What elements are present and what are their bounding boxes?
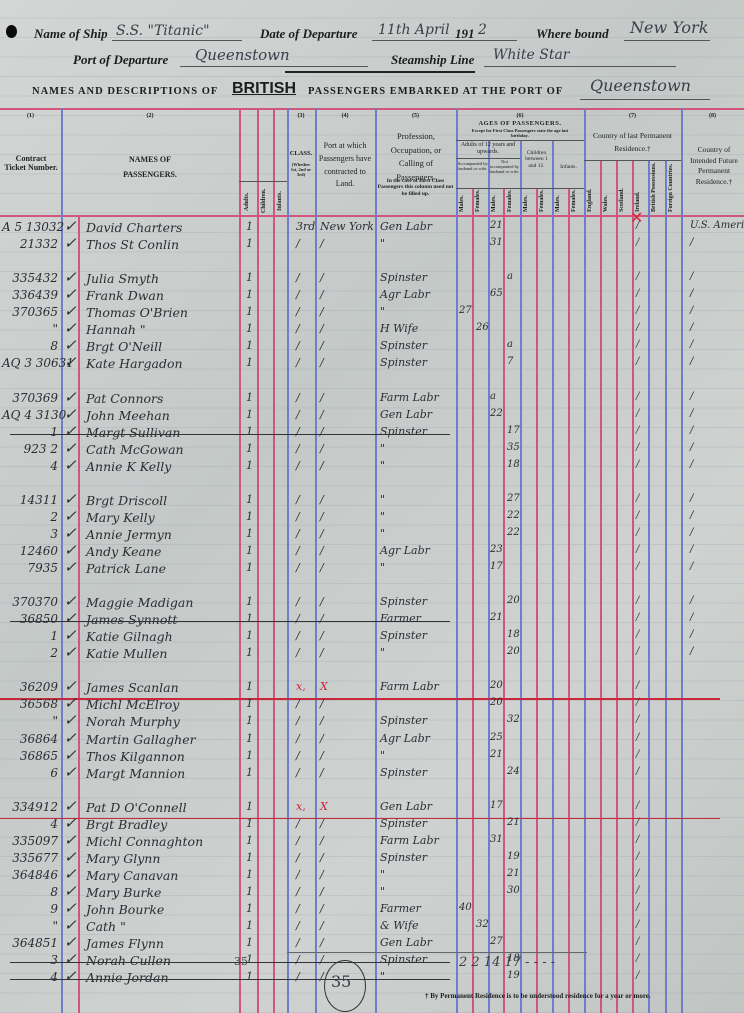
table-row: [0, 663, 744, 681]
age-female: 18: [507, 459, 520, 470]
total-adults: 35: [234, 955, 248, 968]
ticket-number: 36850: [2, 612, 58, 626]
table-row: 6✓Margt Mannion1//Spinster24/: [0, 766, 744, 784]
table-row: [0, 373, 744, 391]
ireland-mark: /: [636, 646, 639, 657]
ticket-number: 336439: [2, 288, 58, 302]
country-label: Scotland.: [619, 188, 625, 212]
line-underline: [484, 66, 676, 67]
age-male: 21: [490, 749, 503, 760]
check-mark-icon: ✓: [64, 899, 77, 917]
total-ages: 2 2 14 17 - - - -: [459, 955, 555, 970]
passenger-name: Thomas O'Brien: [86, 305, 188, 320]
future-residence: /: [690, 612, 693, 623]
profession: Farm Labr: [380, 834, 439, 847]
adult-count: 1: [246, 646, 253, 659]
ireland-mark: /: [636, 800, 639, 811]
ireland-mark: /: [636, 834, 639, 845]
ticket-number: ": [2, 919, 58, 933]
ireland-mark: /: [636, 902, 639, 913]
class-value: /: [296, 305, 300, 318]
passenger-name: Michl McElroy: [86, 697, 179, 712]
strike-through: [10, 979, 450, 980]
future-residence: /: [690, 510, 693, 521]
class-value: /: [296, 851, 300, 864]
class-value: /: [296, 237, 300, 250]
profession: Farmer: [380, 612, 421, 625]
table-row: 36864✓Martin Gallagher1//Agr Labr25/: [0, 732, 744, 750]
profession: ": [380, 885, 385, 898]
table-row: "✓Hannah "1//H Wife26//: [0, 322, 744, 340]
check-mark-icon: ✓: [64, 456, 77, 474]
sub-infants: Infants.: [277, 191, 283, 211]
passenger-name: Hannah ": [86, 322, 146, 337]
ticket-number: 3: [2, 953, 58, 967]
table-row: 36865✓Thos Kilgannon1//"21/: [0, 749, 744, 767]
check-mark-icon: ✓: [64, 524, 77, 542]
adult-count: 1: [246, 356, 253, 369]
profession: ": [380, 561, 385, 574]
ireland-mark: /: [636, 970, 639, 981]
passenger-name: Annie Jordan: [86, 970, 169, 985]
profession: Gen Labr: [380, 936, 432, 949]
title-port: Queenstown: [590, 76, 691, 95]
passenger-name: Patrick Lane: [86, 561, 166, 576]
age-female: 35: [507, 442, 520, 453]
table-row: 334912✓Pat D O'Connell1x,XGen Labr17/: [0, 800, 744, 818]
class-value: /: [296, 919, 300, 932]
table-row: 14311✓Brgt Driscoll1//"27//: [0, 493, 744, 511]
port-of-landing: /: [320, 391, 324, 404]
ticket-number: 370370: [2, 595, 58, 609]
table-row: [0, 476, 744, 494]
males-label: Males.: [491, 195, 497, 212]
passenger-name: James Flynn: [86, 936, 164, 951]
table-row: 1✓Katie Gilnagh1//Spinster18//: [0, 629, 744, 647]
profession: Spinster: [380, 851, 427, 864]
port-of-landing: /: [320, 766, 324, 779]
females-label: Females.: [571, 190, 577, 213]
port-of-landing: /: [320, 408, 324, 421]
class-value: /: [296, 322, 300, 335]
class-value: /: [296, 749, 300, 762]
age-female: 7: [507, 356, 513, 367]
adult-count: 1: [246, 493, 253, 506]
males-label: Males.: [459, 195, 465, 212]
class-value: /: [296, 885, 300, 898]
port-of-landing: /: [320, 544, 324, 557]
profession: Spinster: [380, 953, 427, 966]
ireland-mark: /: [636, 288, 639, 299]
passenger-name: Katie Gilnagh: [86, 629, 173, 644]
ireland-mark: /: [636, 817, 639, 828]
table-row: 364846✓Mary Canavan1//"21/: [0, 868, 744, 886]
profession: Spinster: [380, 356, 427, 369]
passenger-name: Brgt O'Neill: [86, 339, 162, 354]
class-value: /: [296, 442, 300, 455]
ticket-number: 1: [2, 425, 58, 439]
future-residence: /: [690, 595, 693, 606]
header-subrule: [456, 140, 584, 141]
age-male: 25: [490, 732, 503, 743]
class-value: /: [296, 970, 300, 983]
col3-number: (3): [287, 113, 315, 119]
adult-count: 1: [246, 271, 253, 284]
table-row: 3✓Annie Jermyn1//"22//: [0, 527, 744, 545]
port-of-landing: /: [320, 237, 324, 250]
punch-hole: [6, 25, 17, 38]
ticket-number: 1: [2, 629, 58, 643]
future-residence: /: [690, 425, 693, 436]
port-of-landing: /: [320, 970, 324, 983]
age-female-accompanied: 26: [476, 322, 489, 333]
future-residence: /: [690, 561, 693, 572]
adult-count: 1: [246, 510, 253, 523]
profession: Spinster: [380, 425, 427, 438]
date-label: Date of Departure: [260, 26, 358, 42]
line-value: White Star: [493, 47, 570, 63]
class-value: x,: [296, 800, 306, 813]
ticket-number: 9: [2, 902, 58, 916]
table-row: 370365✓Thomas O'Brien1//"27//: [0, 305, 744, 323]
adult-count: 1: [246, 442, 253, 455]
passenger-name: Cath ": [86, 919, 126, 934]
table-row: AQ 3 30631✓Kate Hargadon1//Spinster7//: [0, 356, 744, 374]
adult-count: 1: [246, 237, 253, 250]
class-value: /: [296, 425, 300, 438]
check-mark-icon: ✓: [64, 234, 77, 252]
passenger-name: Norah Murphy: [86, 714, 180, 729]
port-of-landing: /: [320, 714, 324, 727]
port-of-landing: /: [320, 732, 324, 745]
table-row: 7935✓Patrick Lane1//"17//: [0, 561, 744, 579]
bound-label: Where bound: [536, 26, 609, 42]
ticket-number: 7935: [2, 561, 58, 575]
age-female: 19: [507, 970, 520, 981]
passenger-name: David Charters: [86, 220, 182, 235]
port-of-landing: /: [320, 868, 324, 881]
adult-count: 1: [246, 868, 253, 881]
col2-header: NAMES OF PASSENGERS.: [110, 152, 190, 182]
port-of-landing: /: [320, 919, 324, 932]
port-of-landing: /: [320, 817, 324, 830]
adult-count: 1: [246, 970, 253, 983]
future-residence: /: [690, 271, 693, 282]
age-male-accompanied: 40: [459, 902, 472, 913]
ticket-number: 370365: [2, 305, 58, 319]
ticket-number: 335677: [2, 851, 58, 865]
adult-count: 1: [246, 322, 253, 335]
males-label: Males.: [555, 195, 561, 212]
check-mark-icon: ✓: [64, 797, 77, 815]
table-row: [0, 578, 744, 596]
adult-count: 1: [246, 834, 253, 847]
adult-count: 1: [246, 800, 253, 813]
class-value: /: [296, 493, 300, 506]
port-of-landing: /: [320, 305, 324, 318]
ticket-number: 335097: [2, 834, 58, 848]
table-row: 21332✓Thos St Conlin1//"31//: [0, 237, 744, 255]
table-top-rule: [0, 108, 744, 110]
class-value: /: [296, 510, 300, 523]
passenger-name: Pat Connors: [86, 391, 163, 406]
future-residence: /: [690, 629, 693, 640]
ireland-mark: /: [636, 714, 639, 725]
class-value: /: [296, 817, 300, 830]
future-residence: /: [690, 527, 693, 538]
ireland-mark: /: [636, 953, 639, 964]
profession: Agr Labr: [380, 544, 430, 557]
age-male: 23: [490, 544, 503, 555]
profession: Spinster: [380, 766, 427, 779]
col3-header: CLASS.: [287, 150, 315, 157]
passenger-name: Julia Smyth: [86, 271, 159, 286]
ticket-number: 4: [2, 817, 58, 831]
adult-count: 1: [246, 732, 253, 745]
class-value: /: [296, 339, 300, 352]
ticket-number: 36864: [2, 732, 58, 746]
class-value: /: [296, 697, 300, 710]
passenger-name: James Scanlan: [86, 680, 179, 695]
ireland-mark: /: [636, 629, 639, 640]
check-mark-icon: ✓: [64, 967, 77, 985]
passenger-name: Michl Connaghton: [86, 834, 203, 849]
age-female: 19: [507, 851, 520, 862]
check-mark-icon: ✓: [64, 643, 77, 661]
age-male: 65: [490, 288, 503, 299]
ticket-number: 36568: [2, 697, 58, 711]
adult-count: 1: [246, 288, 253, 301]
separator-rule: [285, 71, 475, 73]
check-mark-icon: ✓: [64, 916, 77, 934]
age-male: 27: [490, 936, 503, 947]
port-of-landing: /: [320, 527, 324, 540]
age-female: 20: [507, 595, 520, 606]
ticket-number: ": [2, 322, 58, 336]
date-value: 11th April: [378, 22, 450, 38]
passenger-name: Andy Keane: [86, 544, 161, 559]
check-mark-icon: ✓: [64, 865, 77, 883]
ireland-mark: /: [636, 851, 639, 862]
ticket-number: AQ 3 30631: [2, 356, 58, 370]
check-mark-icon: ✓: [64, 319, 77, 337]
port-of-landing: /: [320, 510, 324, 523]
passenger-name: Thos Kilgannon: [86, 749, 185, 764]
future-residence: /: [690, 493, 693, 504]
table-row: 2✓Katie Mullen1//"20//: [0, 646, 744, 664]
class-value: /: [296, 936, 300, 949]
check-mark-icon: ✓: [64, 285, 77, 303]
col8-number: (8): [681, 113, 744, 119]
title-emph: BRITISH: [232, 80, 296, 98]
ticket-number: 8: [2, 339, 58, 353]
passenger-name: Brgt Bradley: [86, 817, 167, 832]
class-value: /: [296, 271, 300, 284]
port-of-landing: /: [320, 356, 324, 369]
year-suffix: 2: [478, 22, 487, 38]
port-of-landing: /: [320, 493, 324, 506]
future-residence: /: [690, 305, 693, 316]
check-mark-icon: ✓: [64, 677, 77, 695]
age-female: 22: [507, 527, 520, 538]
sub-children: Children.: [261, 189, 267, 213]
age-female: 24: [507, 766, 520, 777]
age-male: 21: [490, 220, 503, 231]
profession: ": [380, 510, 385, 523]
table-row: 370370✓Maggie Madigan1//Spinster20//: [0, 595, 744, 613]
adult-count: 1: [246, 714, 253, 727]
ireland-mark: /: [636, 442, 639, 453]
profession: ": [380, 305, 385, 318]
table-row: [0, 783, 744, 801]
ticket-number: 4: [2, 459, 58, 473]
title-port-underline: [580, 99, 710, 100]
ticket-number: 2: [2, 646, 58, 660]
bound-underline: [624, 40, 710, 41]
table-row: 370369✓Pat Connors1//Farm Labra//: [0, 391, 744, 409]
passenger-name: Brgt Driscoll: [86, 493, 167, 508]
ticket-number: 36865: [2, 749, 58, 763]
check-mark-icon: ✓: [64, 933, 77, 951]
ireland-mark: /: [636, 561, 639, 572]
passenger-name: Pat D O'Connell: [86, 800, 187, 815]
strike-through: [10, 962, 450, 963]
table-row: 12460✓Andy Keane1//Agr Labr23//: [0, 544, 744, 562]
table-row: 36568✓Michl McElroy1//20/: [0, 697, 744, 715]
table-row: 2✓Mary Kelly1//"22//: [0, 510, 744, 528]
ireland-mark: /: [636, 408, 639, 419]
passenger-name: Cath McGowan: [86, 442, 184, 457]
class-value: /: [296, 459, 300, 472]
ireland-mark: /: [636, 868, 639, 879]
profession: Farm Labr: [380, 680, 439, 693]
passenger-name: Mary Canavan: [86, 868, 178, 883]
col6-number: (6): [456, 113, 584, 119]
check-mark-icon: ✓: [64, 609, 77, 627]
class-value: /: [296, 527, 300, 540]
future-residence: /: [690, 288, 693, 299]
ireland-mark: /: [636, 305, 639, 316]
profession: Gen Labr: [380, 220, 432, 233]
adult-count: 1: [246, 902, 253, 915]
ticket-number: 36209: [2, 680, 58, 694]
port-of-landing: /: [320, 442, 324, 455]
ticket-number: 21332: [2, 237, 58, 251]
check-mark-icon: ✓: [64, 814, 77, 832]
age-male: 20: [490, 680, 503, 691]
col4-number: (4): [315, 113, 375, 119]
footnote: † By Permanent Residence is to be unders…: [425, 992, 651, 1000]
passenger-name: James Synnott: [86, 612, 177, 627]
check-mark-icon: ✓: [64, 268, 77, 286]
check-mark-icon: ✓: [64, 746, 77, 764]
ireland-mark: /: [636, 544, 639, 555]
class-value: /: [296, 356, 300, 369]
ireland-mark: /: [636, 220, 639, 231]
ticket-number: 14311: [2, 493, 58, 507]
adult-count: 1: [246, 339, 253, 352]
check-mark-icon: ✓: [64, 405, 77, 423]
bound-value: New York: [630, 18, 708, 37]
port-of-landing: X: [320, 680, 328, 693]
profession: Farmer: [380, 902, 421, 915]
class-value: /: [296, 288, 300, 301]
port-of-landing: /: [320, 834, 324, 847]
page-number: 35: [331, 972, 351, 991]
passenger-name: Margt Sullivan: [86, 425, 180, 440]
adult-count: 1: [246, 851, 253, 864]
ireland-mark: /: [636, 356, 639, 367]
adult-count: 1: [246, 561, 253, 574]
adult-count: 1: [246, 391, 253, 404]
port-of-landing: /: [320, 749, 324, 762]
col6-note: Except for First Class Passengers state …: [466, 128, 574, 138]
class-value: /: [296, 868, 300, 881]
ireland-mark: /: [636, 936, 639, 947]
adult-count: 1: [246, 527, 253, 540]
adult-count: 1: [246, 936, 253, 949]
country-label: England.: [587, 189, 593, 212]
profession: Spinster: [380, 714, 427, 727]
ticket-number: 3: [2, 527, 58, 541]
port-of-landing: New York: [320, 220, 374, 233]
col5-note: In the case of First Class Passengers th…: [377, 178, 454, 197]
adult-count: 1: [246, 885, 253, 898]
port-of-landing: /: [320, 322, 324, 335]
class-value: /: [296, 953, 300, 966]
profession: ": [380, 970, 385, 983]
port-of-landing: /: [320, 339, 324, 352]
future-residence: /: [690, 646, 693, 657]
header-subrule: [239, 181, 287, 182]
class-value: /: [296, 714, 300, 727]
col6-header: AGES OF PASSENGERS.: [456, 120, 584, 127]
ireland-mark: /: [636, 510, 639, 521]
ticket-number: 364846: [2, 868, 58, 882]
title-pre: NAMES AND DESCRIPTIONS OF: [32, 86, 218, 97]
check-mark-icon: ✓: [64, 729, 77, 747]
check-mark-icon: ✓: [64, 388, 77, 406]
profession: & Wife: [380, 919, 419, 932]
port-label: Port of Departure: [73, 52, 168, 68]
class-value: /: [296, 902, 300, 915]
table-row: A 5 13032✓David Charters13rdNew YorkGen …: [0, 220, 744, 238]
ireland-mark: /: [636, 271, 639, 282]
port-of-landing: /: [320, 697, 324, 710]
line-label: Steamship Line: [391, 52, 474, 68]
passenger-name: Annie Jermyn: [86, 527, 172, 542]
col8-header: Country of Intended Future Permanent Res…: [684, 145, 744, 187]
profession: H Wife: [380, 322, 418, 335]
port-value: Queenstown: [195, 46, 290, 64]
totals-rule: [287, 952, 587, 953]
check-mark-icon: ✓: [64, 558, 77, 576]
check-mark-icon: ✓: [64, 763, 77, 781]
check-mark-icon: ✓: [64, 439, 77, 457]
profession: Agr Labr: [380, 288, 430, 301]
col5-number: (5): [375, 113, 456, 119]
adult-count: 1: [246, 749, 253, 762]
col6-accompanied: Accompanied by husband or wife.: [457, 161, 488, 171]
passenger-name: Mary Burke: [86, 885, 161, 900]
future-residence: /: [690, 339, 693, 350]
future-residence: /: [690, 322, 693, 333]
adult-count: 1: [246, 817, 253, 830]
age-male: 17: [490, 561, 503, 572]
age-male: 21: [490, 612, 503, 623]
table-row: 923 2✓Cath McGowan1//"35//: [0, 442, 744, 460]
age-male: 22: [490, 408, 503, 419]
